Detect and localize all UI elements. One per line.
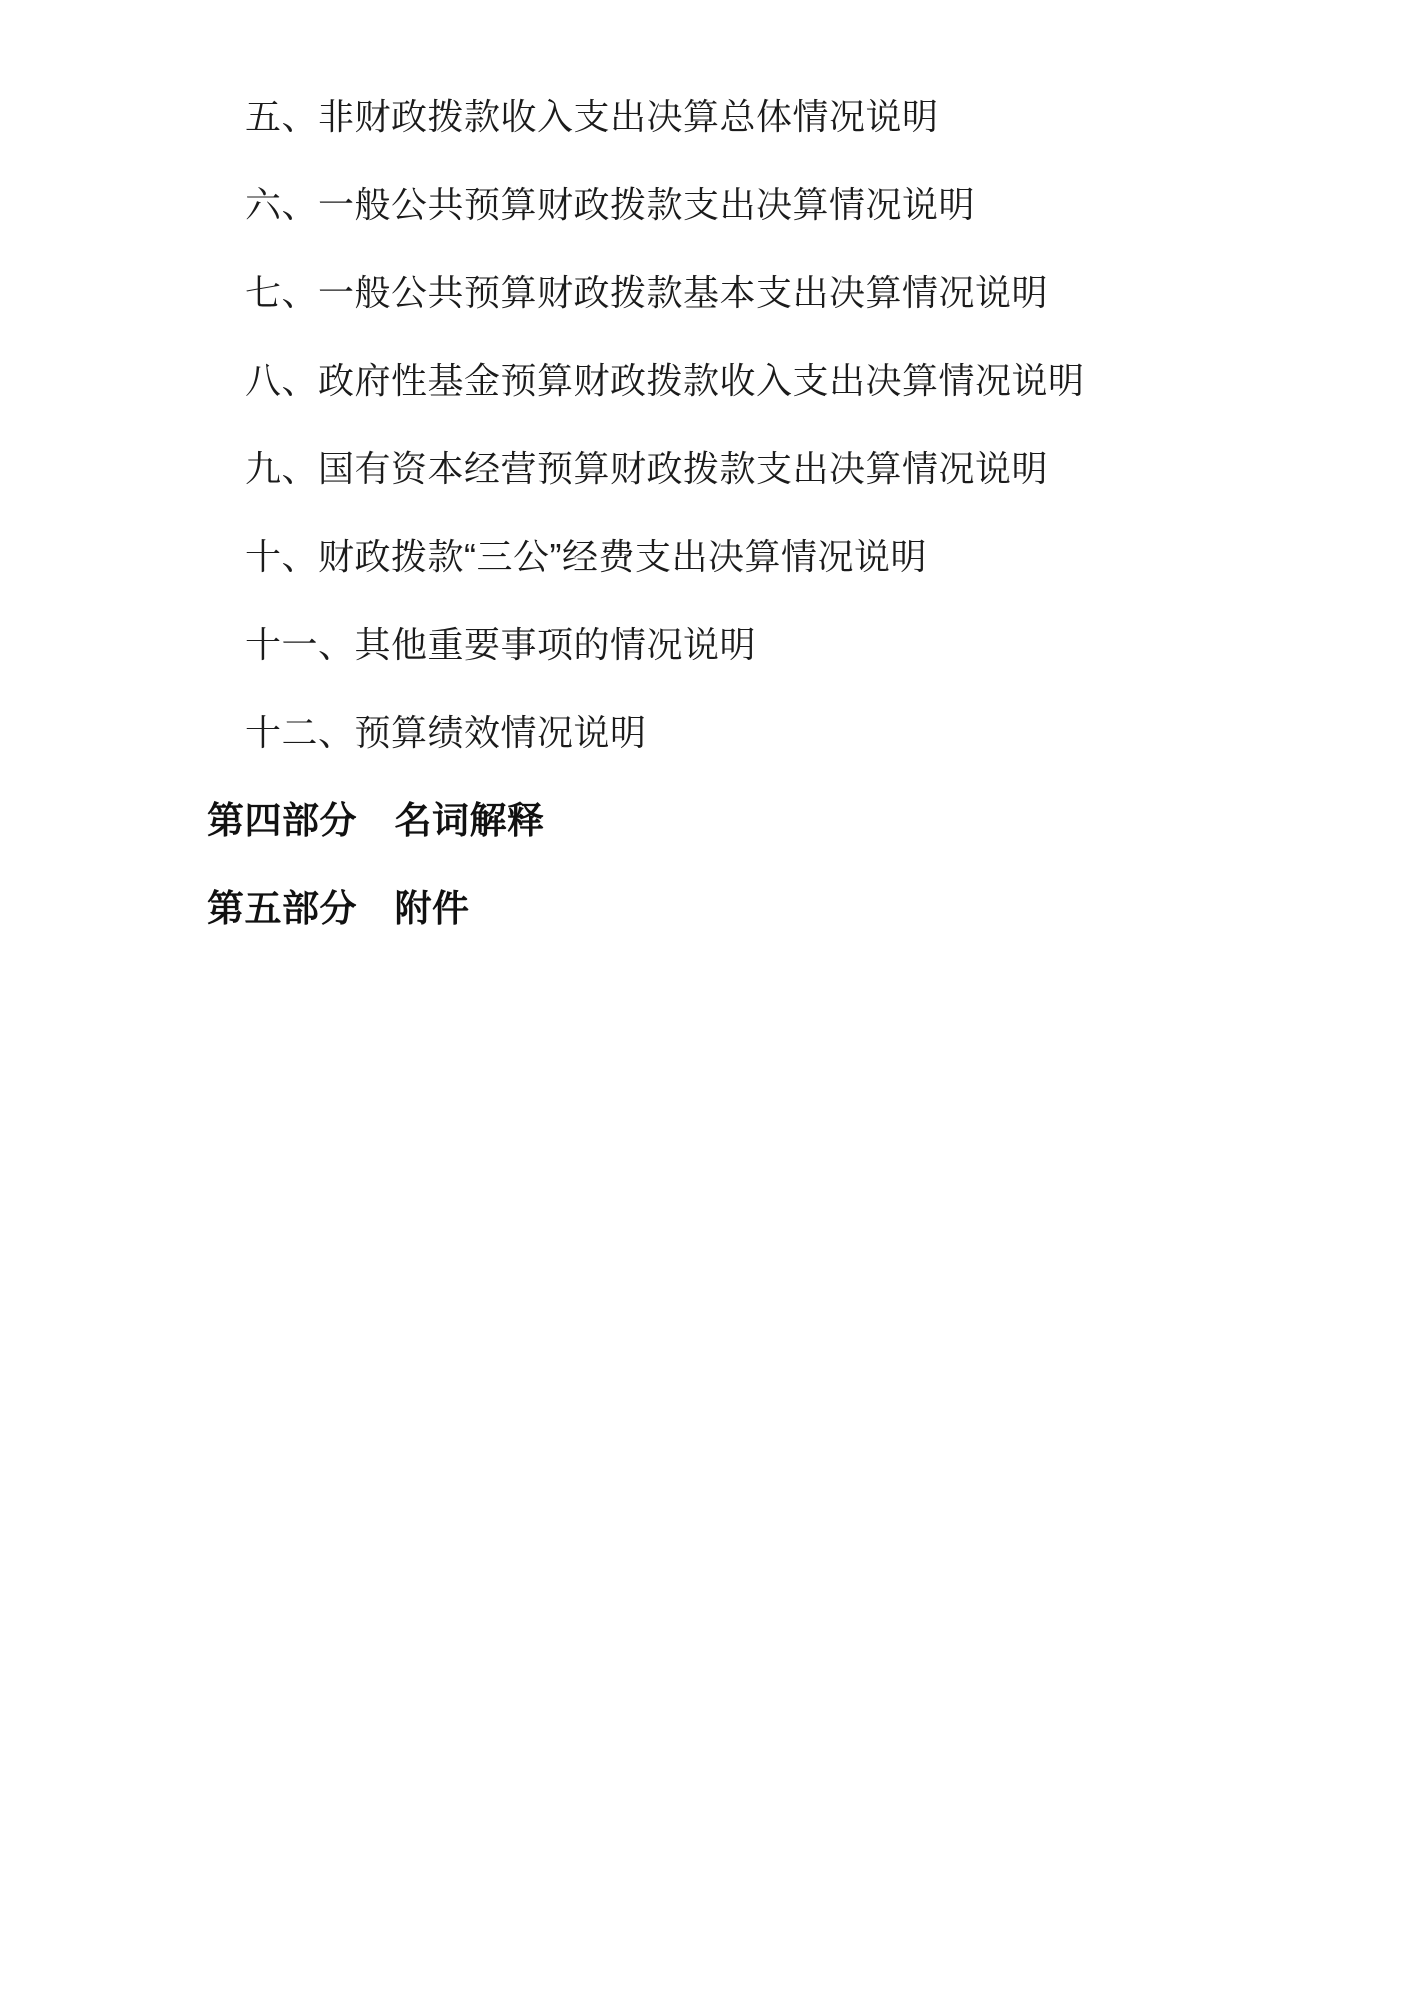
toc-item-11: 十一、其他重要事项的情况说明: [0, 626, 1413, 664]
toc-item-6: 六、一般公共预算财政拨款支出决算情况说明: [0, 186, 1413, 224]
section-heading-part4: 第四部分 名词解释: [0, 802, 1413, 840]
toc-item-5: 五、非财政拨款收入支出决算总体情况说明: [0, 98, 1413, 136]
toc-item-8: 八、政府性基金预算财政拨款收入支出决算情况说明: [0, 362, 1413, 400]
toc-item-9: 九、国有资本经营预算财政拨款支出决算情况说明: [0, 450, 1413, 488]
table-of-contents: 五、非财政拨款收入支出决算总体情况说明 六、一般公共预算财政拨款支出决算情况说明…: [0, 0, 1413, 928]
toc-item-7: 七、一般公共预算财政拨款基本支出决算情况说明: [0, 274, 1413, 312]
toc-item-10: 十、财政拨款“三公”经费支出决算情况说明: [0, 538, 1413, 576]
section-heading-part5: 第五部分 附件: [0, 890, 1413, 928]
document-page: 五、非财政拨款收入支出决算总体情况说明 六、一般公共预算财政拨款支出决算情况说明…: [0, 0, 1413, 2000]
toc-item-12: 十二、预算绩效情况说明: [0, 714, 1413, 752]
